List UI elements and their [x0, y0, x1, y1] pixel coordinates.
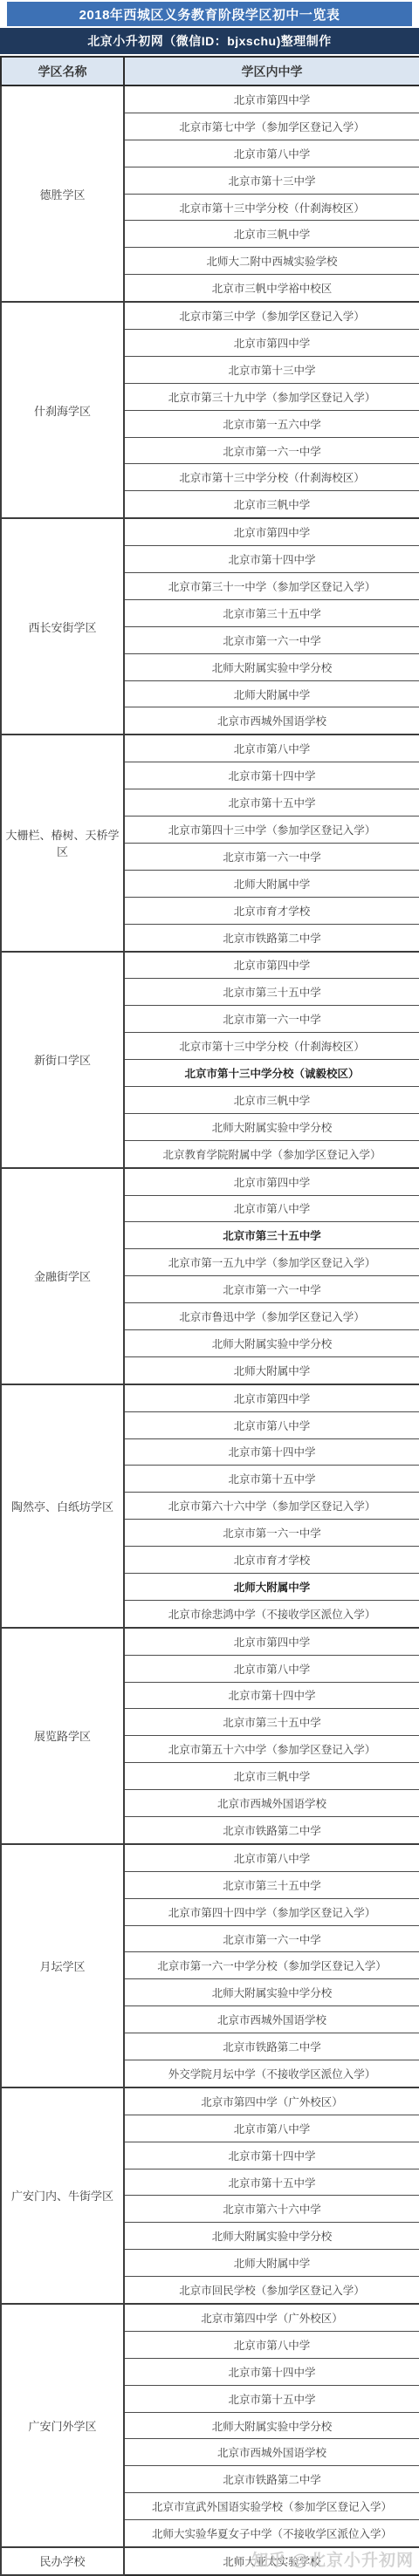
- school-name: 北京市铁路第二中学: [124, 1817, 419, 1844]
- school-name: 北京市第十四中学: [124, 546, 419, 573]
- school-name: 北师大附属实验中学分校: [124, 2223, 419, 2250]
- school-name: 北京市第十五中学: [124, 1466, 419, 1493]
- school-name: 北京市第十五中学: [124, 2169, 419, 2196]
- school-name: 北师大附属实验中学分校: [124, 1113, 419, 1140]
- table-row: 德胜学区北京市第四中学: [1, 85, 419, 113]
- school-name: 北京教育学院附属中学（参加学区登记入学）: [124, 1140, 419, 1167]
- school-name: 北师大附属实验中学分校: [124, 1979, 419, 2006]
- district-name: 什刹海学区: [1, 302, 124, 518]
- school-name: 北京市第一六一中学: [124, 437, 419, 464]
- table-row: 大栅栏、椿树、天桥学区北京市第八中学: [1, 735, 419, 762]
- school-name: 北京市第四中学（广外校区）: [124, 2304, 419, 2331]
- school-name: 北京市第八中学: [124, 1195, 419, 1222]
- school-name: 北京市第十三中学分校（什刹海校区）: [124, 464, 419, 491]
- page-title: 2018年西城区义务教育阶段学区初中一览表: [79, 5, 340, 24]
- district-name: 大栅栏、椿树、天桥学区: [1, 735, 124, 951]
- school-name: 北京市第十五中学: [124, 789, 419, 817]
- table-row: 展览路学区北京市第四中学: [1, 1628, 419, 1655]
- school-name: 北京市第七中学（参加学区登记入学）: [124, 113, 419, 140]
- school-name: 北京市育才学校: [124, 897, 419, 924]
- school-name: 北京市第四十四中学（参加学区登记入学）: [124, 1898, 419, 1925]
- school-name: 北京市第一六一中学: [124, 1006, 419, 1033]
- school-name: 北京市第四十三中学（参加学区登记入学）: [124, 817, 419, 844]
- school-name: 北京市第一六一中学: [124, 1925, 419, 1952]
- table-row: 广安门内、牛街学区北京市第四中学（广外校区）: [1, 2087, 419, 2115]
- school-name: 北京市第四中学: [124, 1384, 419, 1411]
- school-name: 北师大附属中学: [124, 870, 419, 897]
- school-name: 北京市第十四中学: [124, 2358, 419, 2385]
- school-name: 北京市第三中学（参加学区登记入学）: [124, 302, 419, 329]
- school-name: 北京市第四中学: [124, 1168, 419, 1195]
- school-name: 北京市第十三中学: [124, 356, 419, 383]
- column-header-district: 学区名称: [1, 57, 124, 85]
- school-name: 北师大附属实验中学分校: [124, 1329, 419, 1356]
- school-name: 北京市第一五九中学（参加学区登记入学）: [124, 1249, 419, 1276]
- school-name: 北京市第八中学: [124, 1411, 419, 1438]
- school-name: 北京市第四中学: [124, 85, 419, 113]
- school-name: 北京市第四中学: [124, 330, 419, 357]
- school-name: 北京市第十四中学: [124, 1682, 419, 1709]
- school-name: 北京市铁路第二中学: [124, 2466, 419, 2493]
- school-name: 北京市三帆中学: [124, 1086, 419, 1113]
- school-name: 北京市第十三中学分校（诚毅校区）: [124, 1060, 419, 1087]
- school-name: 北京市徐悲鸿中学（不接收学区派位入学）: [124, 1600, 419, 1627]
- title-bar: 2018年西城区义务教育阶段学区初中一览表: [7, 2, 412, 26]
- district-name: 月坛学区: [1, 1844, 124, 2087]
- district-name: 陶然亭、白纸坊学区: [1, 1384, 124, 1628]
- school-name: 北师大附属中学: [124, 2250, 419, 2277]
- school-name: 北师大二附中西城实验学校: [124, 248, 419, 275]
- school-name: 北师大亚太实验学校: [124, 2547, 419, 2575]
- school-name: 北京市第四中学: [124, 1628, 419, 1655]
- school-name: 北京市第三十五中学: [124, 979, 419, 1006]
- school-name: 北京市三帆中学: [124, 221, 419, 248]
- district-name: 广安门外学区: [1, 2304, 124, 2547]
- school-name: 北师大附属中学: [124, 680, 419, 707]
- school-name: 北京市第八中学: [124, 140, 419, 167]
- table-row: 广安门外学区北京市第四中学（广外校区）: [1, 2304, 419, 2331]
- source-credit: 北京小升初网（微信ID：bjxschu)整理制作: [87, 32, 332, 50]
- school-name: 北京市第十三中学分校（什刹海校区）: [124, 1033, 419, 1060]
- school-name: 北京市西城外国语学校: [124, 707, 419, 735]
- school-name: 外交学院月坛中学（不接收学区派位入学）: [124, 2060, 419, 2087]
- district-name: 民办学校: [1, 2547, 124, 2575]
- table-header-row: 学区名称 学区内中学: [1, 57, 419, 85]
- school-name: 北京市第三十五中学: [124, 1222, 419, 1249]
- school-name: 北师大实验华夏女子中学（不接收学区派位入学）: [124, 2520, 419, 2547]
- school-name: 北京市三帆中学: [124, 491, 419, 518]
- school-name: 北京市第六十六中学: [124, 2196, 419, 2223]
- school-name: 北京市第三十五中学: [124, 1871, 419, 1898]
- school-name: 北京市第十四中学: [124, 762, 419, 789]
- school-name: 北京市第一六一中学: [124, 626, 419, 653]
- school-name: 北京市西城外国语学校: [124, 2006, 419, 2033]
- table-row: 陶然亭、白纸坊学区北京市第四中学: [1, 1384, 419, 1411]
- school-name: 北京市第八中学: [124, 2115, 419, 2142]
- district-name: 西长安街学区: [1, 518, 124, 735]
- school-name: 北京市第八中学: [124, 1844, 419, 1871]
- table-row: 什刹海学区北京市第三中学（参加学区登记入学）: [1, 302, 419, 329]
- district-name: 德胜学区: [1, 85, 124, 302]
- school-name: 北京市第四中学: [124, 952, 419, 979]
- table-row: 月坛学区北京市第八中学: [1, 1844, 419, 1871]
- school-name: 北京市第四中学: [124, 518, 419, 545]
- district-name: 展览路学区: [1, 1628, 124, 1844]
- school-name: 北京市第三十五中学: [124, 599, 419, 626]
- school-name: 北师大附属中学: [124, 1573, 419, 1600]
- school-name: 北京市宣武外国语实验学校（参加学区登记入学）: [124, 2493, 419, 2520]
- school-name: 北京市西城外国语学校: [124, 2439, 419, 2466]
- school-name: 北京市第八中学: [124, 735, 419, 762]
- school-name: 北京市第十三中学分校（什刹海校区）: [124, 194, 419, 221]
- district-name: 金融街学区: [1, 1168, 124, 1384]
- school-name: 北京市第一六一中学: [124, 843, 419, 870]
- school-name: 北京市第三十一中学（参加学区登记入学）: [124, 573, 419, 600]
- school-name: 北京市第三十九中学（参加学区登记入学）: [124, 383, 419, 410]
- subtitle-bar: 北京小升初网（微信ID：bjxschu)整理制作: [0, 28, 419, 54]
- school-name: 北京市第八中学: [124, 2331, 419, 2358]
- table-row: 金融街学区北京市第四中学: [1, 1168, 419, 1195]
- school-district-table: 学区名称 学区内中学 德胜学区北京市第四中学北京市第七中学（参加学区登记入学）北…: [0, 56, 419, 2576]
- school-name: 北京市鲁迅中学（参加学区登记入学）: [124, 1303, 419, 1330]
- school-name: 北师大附属实验中学分校: [124, 653, 419, 680]
- table-row: 新街口学区北京市第四中学: [1, 952, 419, 979]
- district-name: 新街口学区: [1, 952, 124, 1168]
- school-name: 北师大附属中学: [124, 1356, 419, 1384]
- school-name: 北京市第四中学（广外校区）: [124, 2087, 419, 2115]
- school-name: 北京市第一六一中学: [124, 1276, 419, 1303]
- school-name: 北京市第十五中学: [124, 2385, 419, 2412]
- school-name: 北京市第一六一中学分校（参加学区登记入学）: [124, 1952, 419, 1979]
- school-name: 北京市第一六一中学: [124, 1520, 419, 1547]
- school-name: 北京市第十四中学: [124, 1438, 419, 1466]
- school-name: 北京市第五十六中学（参加学区登记入学）: [124, 1736, 419, 1763]
- school-name: 北京市第一五六中学: [124, 410, 419, 437]
- column-header-schools: 学区内中学: [124, 57, 419, 85]
- school-name: 北京市西城外国语学校: [124, 1790, 419, 1817]
- school-name: 北京市三帆中学裕中校区: [124, 275, 419, 302]
- school-name: 北京市铁路第二中学: [124, 924, 419, 951]
- school-name: 北师大附属实验中学分校: [124, 2412, 419, 2439]
- school-name: 北京市第三十五中学: [124, 1709, 419, 1736]
- school-name: 北京市回民学校（参加学区登记入学）: [124, 2277, 419, 2304]
- school-name: 北京市三帆中学: [124, 1763, 419, 1790]
- school-name: 北京市育才学校: [124, 1547, 419, 1574]
- school-name: 北京市第六十六中学（参加学区登记入学）: [124, 1493, 419, 1520]
- table-row: 西长安街学区北京市第四中学: [1, 518, 419, 545]
- school-name: 北京市第十三中学: [124, 167, 419, 194]
- school-name: 北京市第八中学: [124, 1655, 419, 1682]
- school-name: 北京市第十四中学: [124, 2142, 419, 2169]
- district-name: 广安门内、牛街学区: [1, 2087, 124, 2304]
- page: 2018年西城区义务教育阶段学区初中一览表 北京小升初网（微信ID：bjxsch…: [0, 2, 419, 2576]
- school-name: 北京市铁路第二中学: [124, 2033, 419, 2060]
- table-row: 民办学校北师大亚太实验学校: [1, 2547, 419, 2575]
